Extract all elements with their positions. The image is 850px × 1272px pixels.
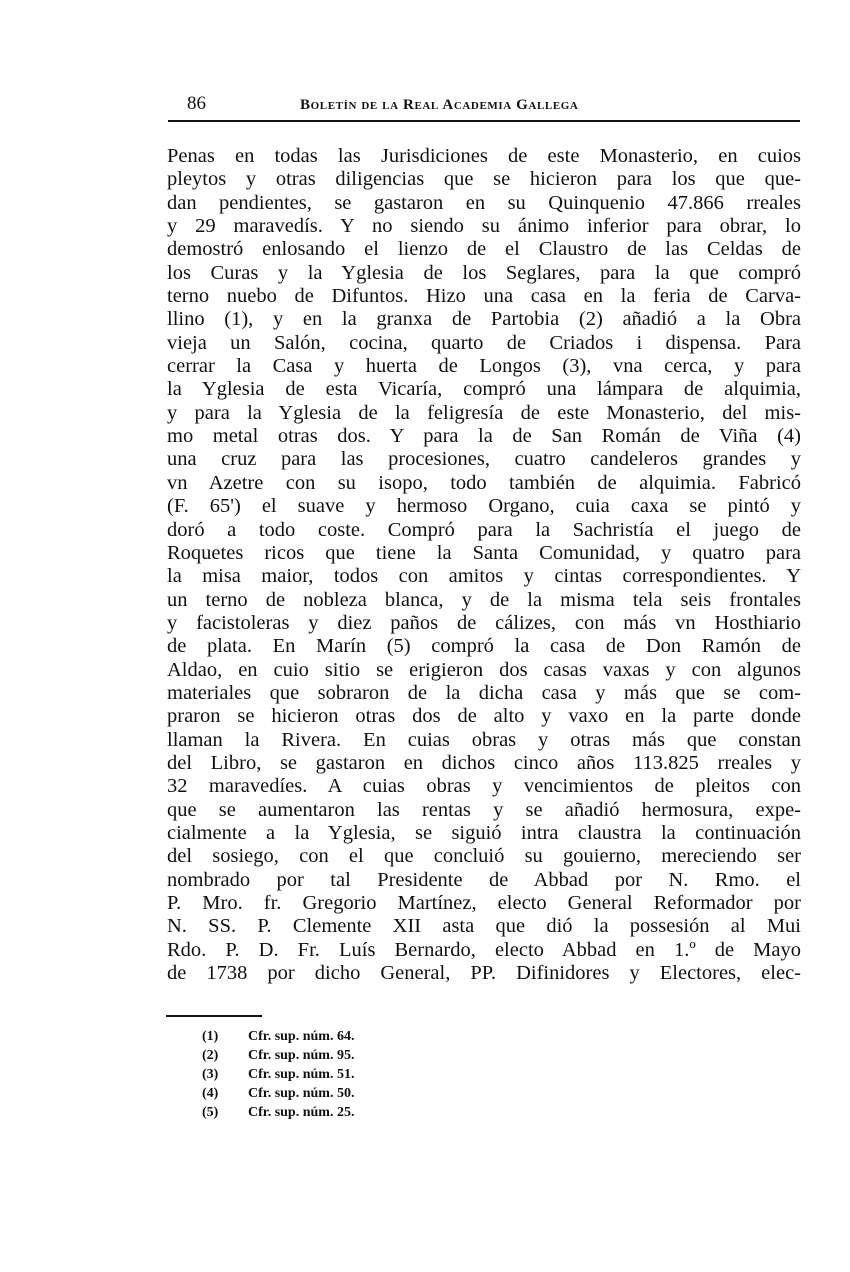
text-line: de plata. En Marín (5) compró la casa de… [167, 635, 801, 658]
footnote-rule [166, 1015, 262, 1017]
text-line: pleytos y otras diligencias que se hicie… [167, 168, 801, 191]
footnote-mark: (4) [202, 1084, 248, 1103]
text-line: llaman la Rivera. En cuias obras y otras… [167, 729, 801, 752]
text-line: de 1738 por dicho General, PP. Difinidor… [167, 962, 801, 985]
text-line: Aldao, en cuio sitio se erigieron dos ca… [167, 659, 801, 682]
footnote-text: Cfr. sup. núm. 25. [248, 1103, 354, 1122]
text-line: llino (1), y en la granxa de Partobia (2… [167, 308, 801, 331]
text-line: N. SS. P. Clemente XII asta que dió la p… [167, 915, 801, 938]
text-line: dan pendientes, se gastaron en su Quinqu… [167, 192, 801, 215]
text-line: del Libro, se gastaron en dichos cinco a… [167, 752, 801, 775]
text-line: y facistoleras y diez paños de cálizes, … [167, 612, 801, 635]
text-line: (F. 65') el suave y hermoso Organo, cuia… [167, 495, 801, 518]
footnote-text: Cfr. sup. núm. 95. [248, 1046, 354, 1065]
body-paragraph: Penas en todas las Jurisdiciones de este… [167, 145, 801, 985]
text-line: mo metal otras dos. Y para la de San Rom… [167, 425, 801, 448]
text-line: un terno de nobleza blanca, y de la mism… [167, 589, 801, 612]
text-line: 32 maravedíes. A cuias obras y vencimien… [167, 775, 801, 798]
text-line: demostró enlosando el lienzo de el Claus… [167, 238, 801, 261]
text-line: materiales que sobraron de la dicha casa… [167, 682, 801, 705]
text-line: y para la Yglesia de la feligresía de es… [167, 402, 801, 425]
header-rule [168, 120, 800, 122]
footnote-mark: (1) [202, 1027, 248, 1046]
text-line: vieja un Salón, cocina, quarto de Criado… [167, 332, 801, 355]
footnote-mark: (5) [202, 1103, 248, 1122]
text-line: terno nuebo de Difuntos. Hizo una casa e… [167, 285, 801, 308]
footnote: (2) Cfr. sup. núm. 95. [202, 1046, 354, 1065]
footnote: (3) Cfr. sup. núm. 51. [202, 1065, 354, 1084]
footnote-mark: (3) [202, 1065, 248, 1084]
text-line: cialmente a la Yglesia, se siguió intra … [167, 822, 801, 845]
footnote: (1) Cfr. sup. núm. 64. [202, 1027, 354, 1046]
running-title: Boletín de la Real Academia Gallega [300, 95, 578, 115]
text-line: doró a todo coste. Compró para la Sachri… [167, 519, 801, 542]
text-line: vn Azetre con su isopo, todo también de … [167, 472, 801, 495]
text-line: del sosiego, con el que concluió su goui… [167, 845, 801, 868]
footnote-text: Cfr. sup. núm. 51. [248, 1065, 354, 1084]
footnote: (4) Cfr. sup. núm. 50. [202, 1084, 354, 1103]
footnotes: (1) Cfr. sup. núm. 64. (2) Cfr. sup. núm… [202, 1027, 354, 1122]
text-line: la misa maior, todos con amitos y cintas… [167, 565, 801, 588]
text-line: la Yglesia de esta Vicaría, compró una l… [167, 378, 801, 401]
footnote-mark: (2) [202, 1046, 248, 1065]
footnote: (5) Cfr. sup. núm. 25. [202, 1103, 354, 1122]
text-line: Rdo. P. D. Fr. Luís Bernardo, electo Abb… [167, 939, 801, 962]
footnote-text: Cfr. sup. núm. 50. [248, 1084, 354, 1103]
text-line: que se aumentaron las rentas y se añadió… [167, 799, 801, 822]
footnote-text: Cfr. sup. núm. 64. [248, 1027, 354, 1046]
text-line: Roquetes ricos que tiene la Santa Comuni… [167, 542, 801, 565]
text-line: y 29 maravedís. Y no siendo su ánimo inf… [167, 215, 801, 238]
text-line: praron se hicieron otras dos de alto y v… [167, 705, 801, 728]
text-line: P. Mro. fr. Gregorio Martínez, electo Ge… [167, 892, 801, 915]
page-number: 86 [187, 94, 206, 114]
text-line: una cruz para las procesiones, cuatro ca… [167, 448, 801, 471]
text-line: cerrar la Casa y huerta de Longos (3), v… [167, 355, 801, 378]
text-line: nombrado por tal Presidente de Abbad por… [167, 869, 801, 892]
text-line: los Curas y la Yglesia de los Seglares, … [167, 262, 801, 285]
text-line: Penas en todas las Jurisdiciones de este… [167, 145, 801, 168]
